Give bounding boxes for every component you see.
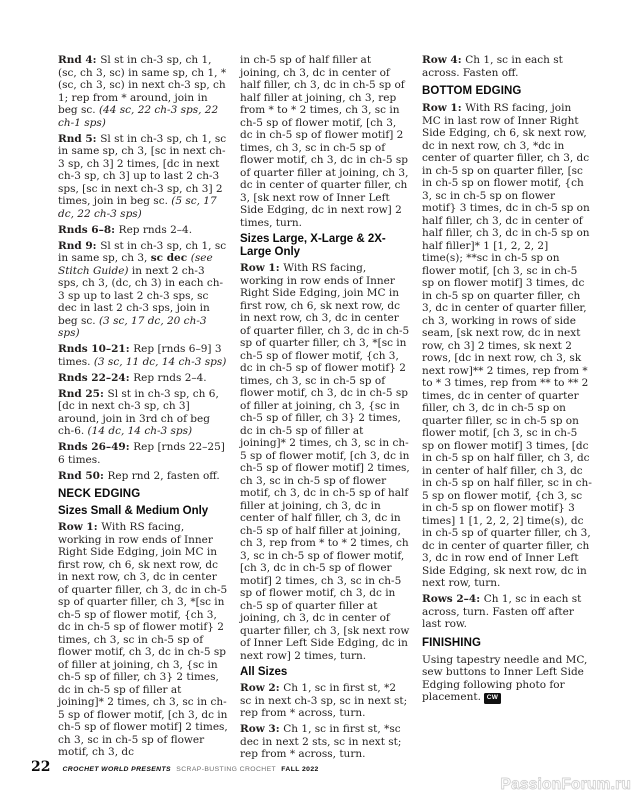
text-segment: Rep rnd 2, fasten off. bbox=[108, 470, 220, 482]
text-segment: Row 4: bbox=[422, 54, 465, 66]
size-subheading: Sizes Small & Medium Only bbox=[58, 505, 228, 518]
section-heading: NECK EDGING bbox=[58, 488, 228, 501]
text-segment: Rnd 50: bbox=[58, 470, 108, 482]
text-segment: (14 dc, 14 ch-3 sps) bbox=[88, 425, 193, 437]
pattern-paragraph: Rnds 22–24: Rep rnds 2–4. bbox=[58, 372, 228, 385]
pattern-paragraph: Rnd 5: Sl st in ch-3 sp, ch 1, sc in sam… bbox=[58, 133, 228, 221]
text-column-1: Rnd 4: Sl st in ch-3 sp, ch 1, (sc, ch 3… bbox=[58, 54, 228, 764]
text-segment: Row 1: bbox=[422, 102, 465, 114]
pattern-paragraph: Rnds 6–8: Rep rnds 2–4. bbox=[58, 224, 228, 237]
pattern-paragraph: Using tapestry needle and MC, sew button… bbox=[422, 654, 592, 704]
page-number: 22 bbox=[31, 759, 50, 775]
text-segment: Rnd 25: bbox=[58, 388, 108, 400]
text-segment: Using tapestry needle and MC, sew button… bbox=[422, 654, 587, 704]
cw-end-marker: CW bbox=[484, 693, 500, 704]
pattern-paragraph: Rows 2–4: Ch 1, sc in each st across, tu… bbox=[422, 593, 592, 631]
footer-issue: FALL 2022 bbox=[281, 766, 318, 773]
text-segment: (3 sc, 11 dc, 14 ch-3 sps) bbox=[94, 356, 227, 368]
text-segment: Rnds 26–49: bbox=[58, 441, 133, 453]
pattern-paragraph: Row 1: With RS facing, join MC in last r… bbox=[422, 102, 592, 590]
pattern-paragraph: Rnds 26–49: Rep [rnds 22–25] 6 times. bbox=[58, 441, 228, 466]
footer-brand: CROCHET WORLD PRESENTS bbox=[62, 766, 171, 773]
text-segment: Rnds 22–24: bbox=[58, 372, 133, 384]
page-footer: 22 CROCHET WORLD PRESENTS SCRAP-BUSTING … bbox=[31, 759, 319, 775]
article-columns: Rnd 4: Sl st in ch-3 sp, ch 1, (sc, ch 3… bbox=[58, 54, 592, 764]
pattern-paragraph: Rnd 9: Sl st in ch-3 sp, ch 1, sc in sam… bbox=[58, 240, 228, 340]
text-segment: Rnds 10–21: bbox=[58, 343, 133, 355]
text-segment: in ch-5 sp of half filler at joining, ch… bbox=[240, 54, 408, 229]
magazine-page: Rnd 4: Sl st in ch-3 sp, ch 1, (sc, ch 3… bbox=[0, 0, 633, 800]
pattern-paragraph: Row 4: Ch 1, sc in each st across. Faste… bbox=[422, 54, 592, 79]
section-heading: FINISHING bbox=[422, 637, 592, 650]
text-segment: Row 2: bbox=[240, 682, 283, 694]
pattern-paragraph: Rnd 50: Rep rnd 2, fasten off. bbox=[58, 470, 228, 483]
footer-publication-title: SCRAP-BUSTING CROCHET bbox=[176, 766, 276, 773]
section-heading: BOTTOM EDGING bbox=[422, 85, 592, 98]
pattern-paragraph: Row 1: With RS facing, working in row en… bbox=[240, 262, 410, 662]
text-segment: With RS facing, working in row ends of I… bbox=[58, 521, 228, 758]
text-segment: With RS facing, join MC in last row of I… bbox=[422, 102, 592, 589]
pattern-paragraph: Rnd 25: Sl st in ch-3 sp, ch 6, [dc in n… bbox=[58, 388, 228, 438]
pattern-paragraph: Rnds 10–21: Rep [rnds 6–9] 3 times. (3 s… bbox=[58, 343, 228, 368]
pattern-paragraph: Row 3: Ch 1, sc in first st, *sc dec in … bbox=[240, 723, 410, 761]
text-segment: Row 3: bbox=[240, 723, 283, 735]
text-segment: Row 1: bbox=[58, 521, 101, 533]
text-segment: Rows 2–4: bbox=[422, 593, 484, 605]
text-segment: With RS facing, working in row ends of I… bbox=[240, 262, 410, 662]
watermark: PassionForum.ru bbox=[501, 776, 631, 794]
size-subheading: All Sizes bbox=[240, 666, 410, 679]
size-subheading: Sizes Large, X-Large & 2X-Large Only bbox=[240, 233, 410, 259]
pattern-paragraph: Row 2: Ch 1, sc in first st, *2 sc in ne… bbox=[240, 682, 410, 720]
text-segment: Rep rnds 2–4. bbox=[119, 224, 192, 236]
text-segment: Rnds 6–8: bbox=[58, 224, 119, 236]
text-segment: Rep rnds 2–4. bbox=[133, 372, 206, 384]
text-column-3: Row 4: Ch 1, sc in each st across. Faste… bbox=[422, 54, 592, 764]
pattern-paragraph: Row 1: With RS facing, working in row en… bbox=[58, 521, 228, 759]
text-segment: sc dec bbox=[151, 252, 191, 264]
text-segment: Rnd 4: bbox=[58, 54, 100, 66]
pattern-paragraph: Rnd 4: Sl st in ch-3 sp, ch 1, (sc, ch 3… bbox=[58, 54, 228, 129]
pattern-paragraph: in ch-5 sp of half filler at joining, ch… bbox=[240, 54, 410, 229]
text-column-2: in ch-5 sp of half filler at joining, ch… bbox=[240, 54, 410, 764]
text-segment: Rnd 9: bbox=[58, 240, 100, 252]
footer-line: CROCHET WORLD PRESENTS SCRAP-BUSTING CRO… bbox=[62, 766, 318, 773]
text-segment: Row 1: bbox=[240, 262, 283, 274]
text-segment: Rnd 5: bbox=[58, 133, 100, 145]
